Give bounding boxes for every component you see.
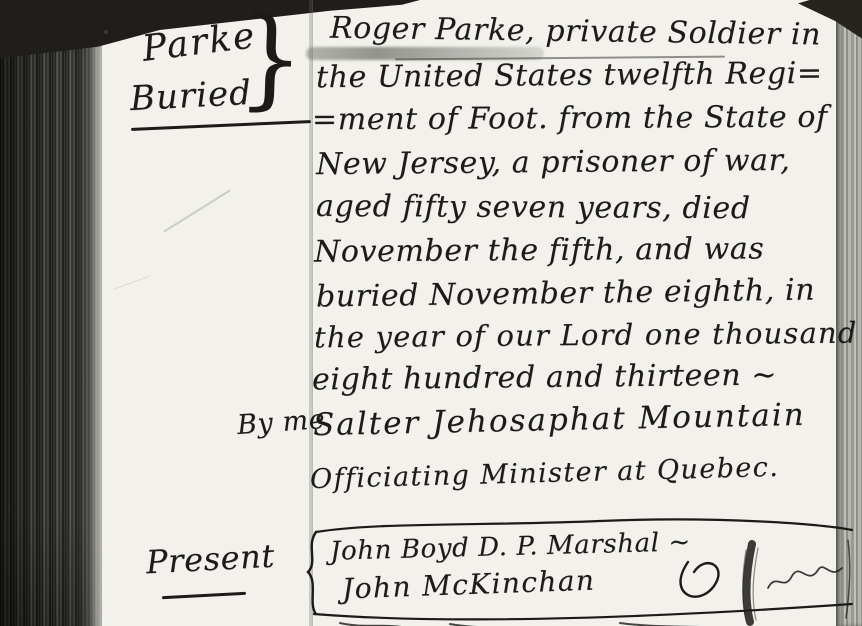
signature-flourish: [681, 562, 719, 597]
margin-status: Buried: [129, 73, 253, 119]
entry-line: the year of our Lord one thousand: [314, 316, 858, 355]
witness-box-bottom: [314, 604, 852, 619]
present-label: Present: [145, 537, 276, 582]
entry-line: eight hundred and thirteen ~: [312, 358, 777, 398]
signature-script: [768, 567, 842, 588]
faint-scratch: [163, 189, 230, 232]
present-underline: [162, 592, 246, 599]
minister-name: Salter Jehosaphat Mountain: [313, 397, 806, 443]
entry-line: New Jersey, a prisoner of war,: [316, 143, 791, 182]
entry-line: November the fifth, and was: [314, 231, 765, 269]
signature-heavy-stroke: [746, 544, 752, 622]
entry-line: the United States twelfth Regi=: [316, 56, 823, 95]
signature-tail-stroke: [846, 540, 850, 618]
margin-brace: }: [236, 3, 306, 113]
entry-line: =ment of Foot. from the State of: [312, 100, 828, 138]
entry-line: Roger Parke, private Soldier in: [330, 11, 821, 53]
entry-line: aged fifty seven years, died: [316, 189, 751, 226]
scanned-register-page: Parke Buried } Roger Parke, private Sold…: [0, 0, 862, 626]
ink-speckle: [104, 30, 108, 34]
binding-page-fade: [84, 0, 120, 626]
witness-box-left-brace: [308, 532, 316, 614]
entry-line: buried November the eighth, in: [316, 273, 816, 315]
minister-title: Officiating Minister at Quebec.: [310, 452, 780, 495]
